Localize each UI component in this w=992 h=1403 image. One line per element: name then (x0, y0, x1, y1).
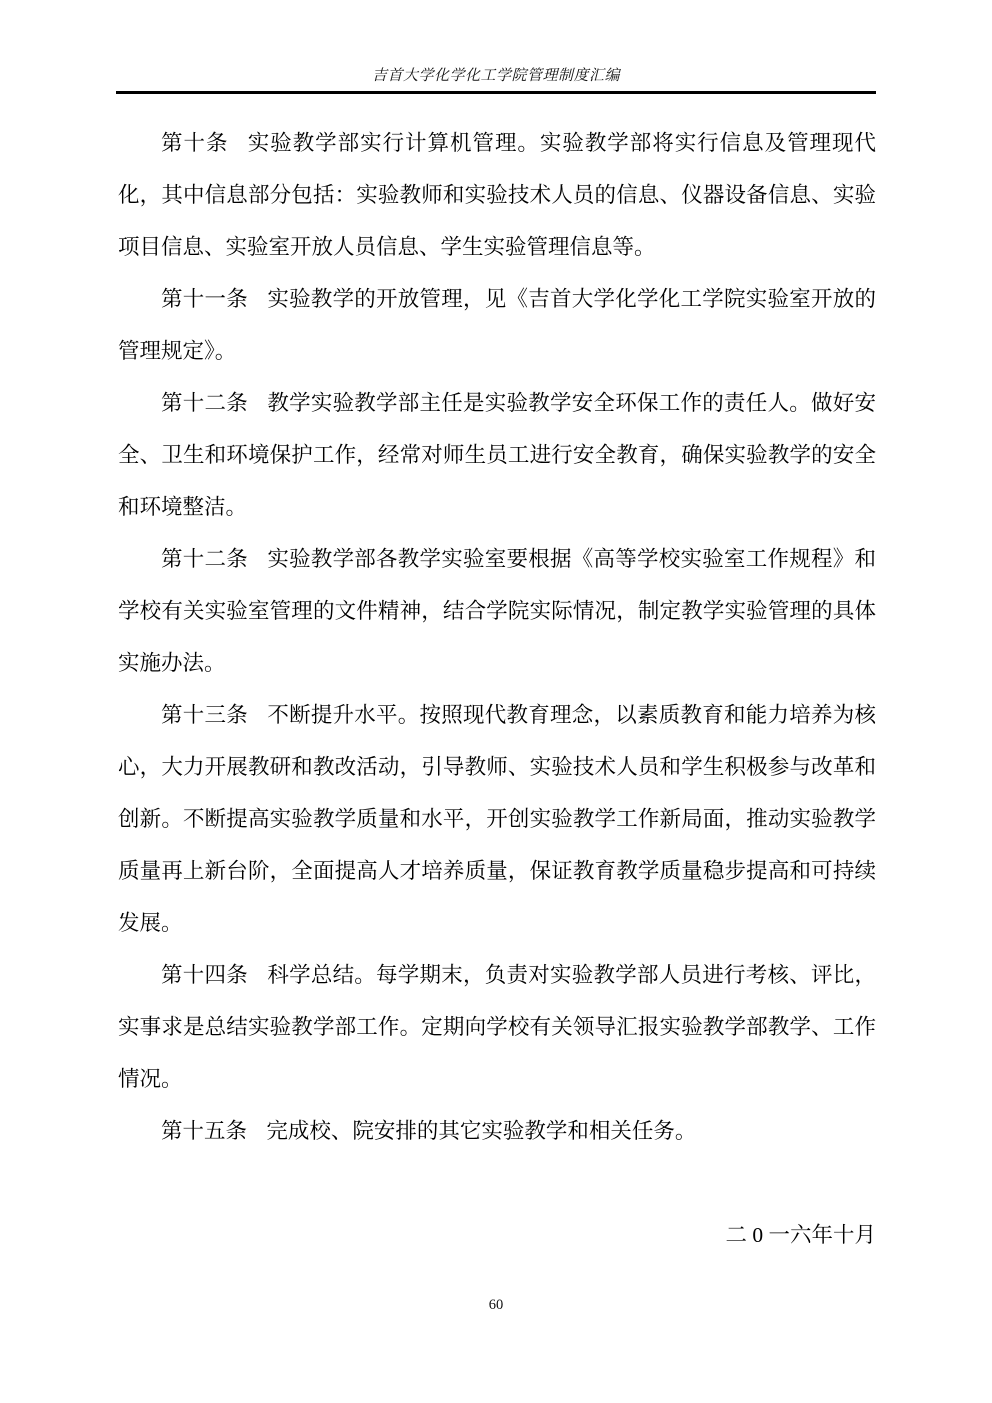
header-divider-rule (116, 91, 876, 94)
article-number: 第十四条 (161, 963, 248, 987)
paragraph-article-11: 第十一条实验教学的开放管理，见《吉首大学化学化工学院实验室开放的管理规定》。 (118, 273, 876, 377)
paragraph-article-12a: 第十二条教学实验教学部主任是实验教学安全环保工作的责任人。做好安全、卫生和环境保… (118, 377, 876, 533)
paragraph-article-13: 第十三条不断提升水平。按照现代教育理念，以素质教育和能力培养为核心，大力开展教研… (118, 689, 876, 949)
page-number: 60 (0, 1297, 992, 1314)
paragraph-article-15: 第十五条完成校、院安排的其它实验教学和相关任务。 (118, 1105, 876, 1157)
article-number: 第十二条 (161, 547, 248, 571)
document-page: 吉首大学化学化工学院管理制度汇编 第十条实验教学部实行计算机管理。实验教学部将实… (0, 0, 992, 1403)
page-header-title: 吉首大学化学化工学院管理制度汇编 (0, 64, 992, 85)
article-number: 第十二条 (161, 391, 248, 415)
document-date: 二 0 一六年十月 (118, 1209, 876, 1261)
article-number: 第十三条 (161, 703, 248, 727)
article-number: 第十一条 (161, 287, 248, 311)
paragraph-article-12b: 第十二条实验教学部各教学实验室要根据《高等学校实验室工作规程》和学校有关实验室管… (118, 533, 876, 689)
paragraph-article-14: 第十四条科学总结。每学期末，负责对实验教学部人员进行考核、评比，实事求是总结实验… (118, 949, 876, 1105)
paragraph-article-10: 第十条实验教学部实行计算机管理。实验教学部将实行信息及管理现代化，其中信息部分包… (118, 117, 876, 273)
article-number: 第十条 (161, 131, 228, 155)
article-number: 第十五条 (161, 1119, 247, 1143)
article-text: 完成校、院安排的其它实验教学和相关任务。 (266, 1119, 696, 1143)
article-text: 实验教学部实行计算机管理。实验教学部将实行信息及管理现代化，其中信息部分包括：实… (118, 131, 876, 259)
article-text: 不断提升水平。按照现代教育理念，以素质教育和能力培养为核心，大力开展教研和教改活… (118, 703, 876, 935)
document-body: 第十条实验教学部实行计算机管理。实验教学部将实行信息及管理现代化，其中信息部分包… (118, 117, 876, 1261)
